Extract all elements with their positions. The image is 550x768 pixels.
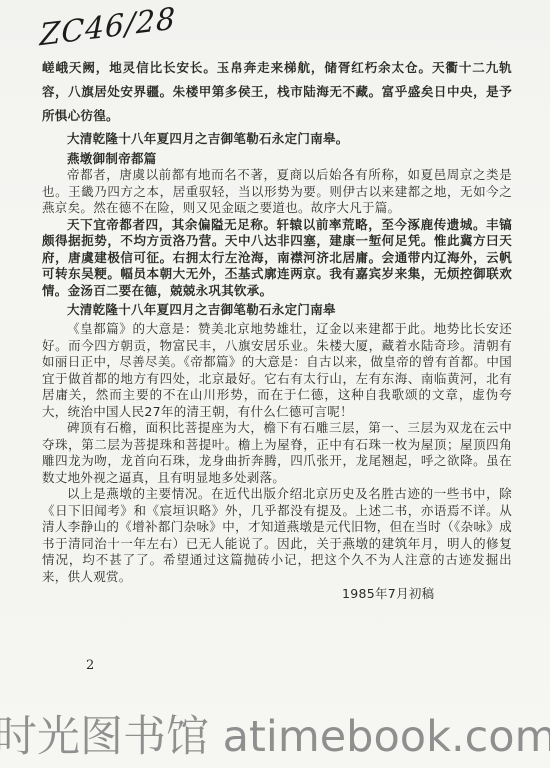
paragraph: 以上是燕墩的主要情况。在近代出版介绍北京历史及名胜古迹的一些书中，除《日下旧闻考…: [42, 486, 512, 585]
paragraph: 天下宜帝都者四，其余偏隘无足称。轩辕以前率荒略，至今涿鹿传遗城。丰镐颇得据扼势，…: [42, 217, 512, 300]
paragraph: 嵯峨天阙，地灵信比长安长。玉帛奔走来梯航，储胥红朽余太仓。天衢十二九轨容，八旗居…: [42, 56, 512, 128]
paragraph: 大清乾隆十八年夏四月之吉御笔勒石永定门南皋。: [42, 128, 512, 150]
paragraph: 碑顶有石檐，面积比菩提座为大，檐下有石雕三层，第一、三层为双龙在云中夺珠，第二层…: [42, 420, 512, 486]
watermark-text: 时光图书馆 atimebook.com: [0, 703, 550, 764]
paragraph: 《皇都篇》的大意是：赞美北京地势雄壮，辽金以来建都于此。地势比长安还好。而今四方…: [42, 321, 512, 420]
handwritten-call-number: ZC46/28: [39, 1, 176, 53]
paragraph: 燕墩御制帝都篇: [42, 150, 512, 167]
scanned-book-page: ZC46/28 嵯峨天阙，地灵信比长安长。玉帛奔走来梯航，储胥红朽余太仓。天衢十…: [0, 0, 550, 768]
paragraph: 1985年7月初稿: [42, 585, 512, 602]
body-text: 嵯峨天阙，地灵信比长安长。玉帛奔走来梯航，储胥红朽余太仓。天衢十二九轨容，八旗居…: [42, 56, 512, 602]
page-number: 2: [86, 658, 94, 673]
paragraph: 大清乾隆十八年夏四月之吉御笔勒石永定门南皋: [42, 299, 512, 321]
paragraph: 帝都者，唐虞以前都有地而名不著，夏商以后始各有所称，如夏邑周京之类是也。王畿乃四…: [42, 167, 512, 217]
